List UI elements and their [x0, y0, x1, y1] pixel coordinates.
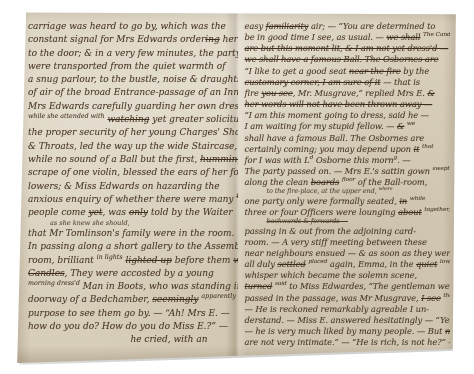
- manuscript-line: morning dress'd Man in Boots, who was st…: [28, 281, 234, 294]
- manuscript-line: lowers; & Miss Edwards on hazarding the: [28, 181, 234, 194]
- manuscript-line: The party passed on. — Mrs E.'s sattin g…: [245, 166, 451, 177]
- manuscript-line: customary corner, I am sure of it — that…: [245, 77, 451, 88]
- manuscript-line: & Throats, led the way up the wide Stair…: [28, 141, 234, 154]
- manuscript-line: certainly coming; you may depend upon it…: [245, 144, 451, 155]
- manuscript-line: while she attended with watching yet gre…: [28, 114, 234, 127]
- manuscript-line: turned said to Miss Edwardes, “The gentl…: [245, 281, 451, 292]
- manuscript-line: “I like to get a good seat near the fire…: [245, 66, 451, 77]
- manuscript-line: as she knew she should,: [28, 220, 234, 228]
- manuscript-line: room. — A very stiff meeting between the…: [245, 237, 451, 248]
- manuscript-line: that Mr Tomlinson's family were in the r…: [28, 228, 234, 241]
- manuscript-line: purpose to see them go by. — “Ah! Mrs E.…: [28, 308, 234, 321]
- manuscript-line: Candles, They were accosted by a young: [28, 268, 234, 281]
- manuscript-line: easy familiarity air; — “You are determi…: [245, 21, 451, 32]
- manuscript-line: are but this moment lit, & I am not yet …: [245, 43, 451, 54]
- manuscript-line: room, brilliant in lights lighted up bef…: [28, 255, 234, 268]
- manuscript-line: a snug parlour, to the bustle, noise & d…: [28, 74, 234, 87]
- manuscript-line: backwards & forwards —: [245, 218, 451, 226]
- manuscript-line: scrape of one violin, blessed the ears o…: [28, 167, 234, 180]
- manuscript-line: the proper security of her young Charges…: [28, 127, 234, 140]
- manuscript-line: be in good time I see, as usual. — we sh…: [245, 32, 451, 43]
- manuscript-line: passed in the passage, was Mr Musgrave, …: [245, 293, 451, 304]
- manuscript-line: anxious enquiry of whether there were ma…: [28, 194, 234, 207]
- manuscript-spread: carriage was heard to go by, which was t…: [15, 9, 458, 363]
- manuscript-line: doorway of a Bedchamber, seemingly appar…: [28, 294, 234, 307]
- manuscript-line: we shall have a famous Ball. The Osborne…: [245, 54, 451, 65]
- manuscript-left-page: carriage was heard to go by, which was t…: [28, 21, 238, 363]
- manuscript-line: all duly settled placed again, Emma, in …: [245, 259, 451, 270]
- manuscript-line: derstand. — Miss E. answered hesitatingl…: [245, 315, 451, 326]
- manuscript-line: shall have a famous Ball. The Osbornes a…: [245, 133, 451, 144]
- manuscript-line: her words will not have been thrown away…: [245, 99, 451, 110]
- manuscript-line: whisper which became the solemn scene,: [245, 270, 451, 281]
- manuscript-line: carriage was heard to go by, which was t…: [28, 21, 234, 34]
- manuscript-line: “I am this moment going to dress, said h…: [245, 110, 451, 121]
- manuscript-right-page: easy familiarity air; — “You are determi…: [238, 21, 451, 363]
- manuscript-line: fire you see, Mr. Musgrave,” replied Mrs…: [245, 88, 451, 99]
- manuscript-line: are not very intimate.” — “He is rich, i…: [245, 337, 451, 348]
- manuscript-line: near neighbours ensued — & as soon as th…: [245, 248, 451, 259]
- manuscript-line: to the fire-place, at the upper end, whe…: [245, 188, 451, 196]
- manuscript-line: while no sound of a Ball but the first, …: [28, 154, 234, 167]
- manuscript-line: I am waiting for my stupid fellow. — & w…: [245, 121, 451, 132]
- manuscript-line: constant signal for Mrs Edwards ordering…: [28, 34, 234, 47]
- manuscript-line: to the door; & in a very few minutes, th…: [28, 48, 234, 61]
- manuscript-line: for I was with Ld Osborne this morng. —: [245, 155, 451, 166]
- manuscript-line: one party only were formally seated, in …: [245, 196, 451, 207]
- manuscript-line: how do you do? How do you do Miss E.?” —: [28, 321, 234, 334]
- manuscript-line: — he is very much liked by many people. …: [245, 326, 451, 337]
- manuscript-line: In passing along a short gallery to the …: [28, 241, 234, 254]
- manuscript-line: he cried, with an: [28, 334, 234, 347]
- manuscript-line: were transported from the quiet warmth o…: [28, 61, 234, 74]
- manuscript-line: passing in & out from the adjoining card…: [245, 226, 451, 237]
- manuscript-line: — He is reckoned remarkably agreable I u…: [245, 304, 451, 315]
- manuscript-line: of air of the broad Entrance-passage of …: [28, 87, 234, 100]
- manuscript-paper: carriage was heard to go by, which was t…: [15, 9, 458, 363]
- manuscript-line: Mrs Edwards carefully guarding her own d…: [28, 101, 234, 114]
